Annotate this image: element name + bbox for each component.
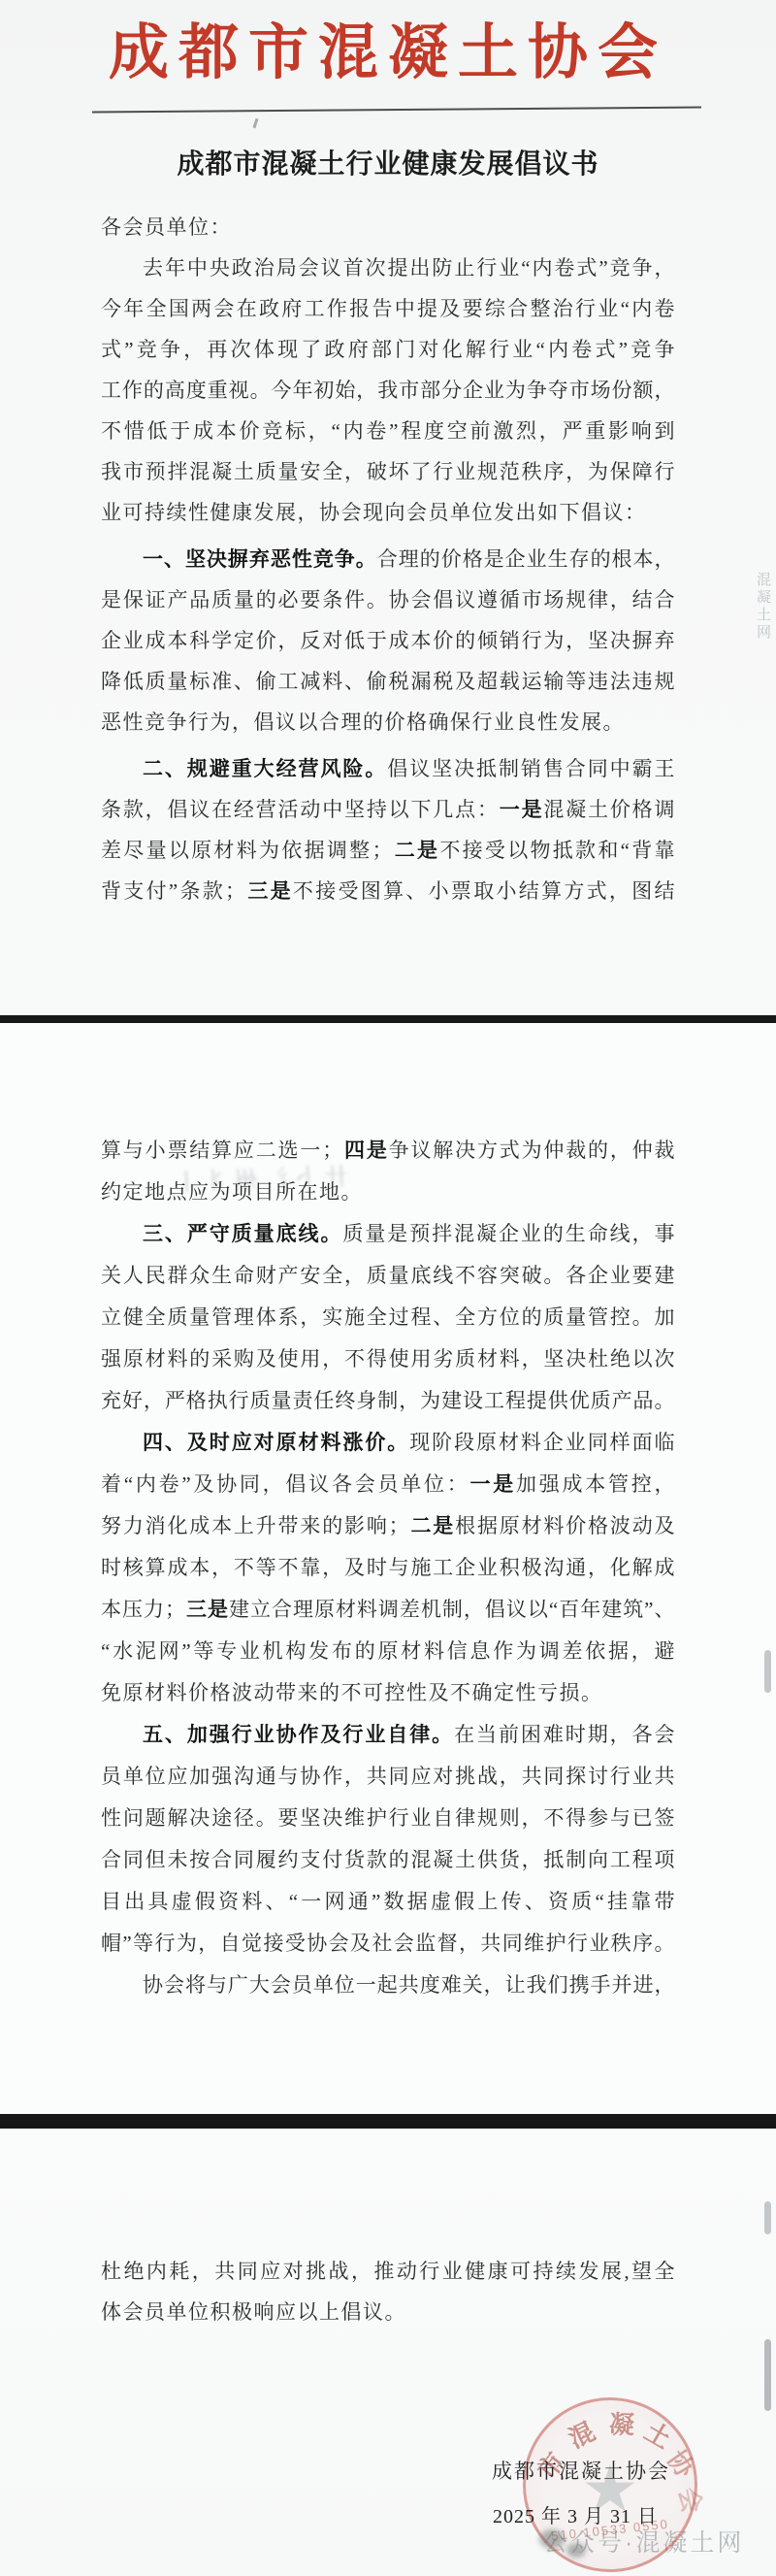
doc-line: 背支付”条款；三是不接受图算、小票取小结算方式，图结 — [101, 871, 675, 911]
doc-line: 合同但未按合同履约支付货款的混凝土供货，抵制向工程项 — [101, 1839, 675, 1881]
doc-line: 协会将与广大会员单位一起共度难关，让我们携手并进， — [101, 1965, 675, 2006]
doc-line: 差尽量以原材料为依据调整；二是不接受以物抵款和“背靠 — [101, 830, 675, 871]
doc-line-run: 充好，严格执行质量责任终身制，为建设工程提供优质产品。 — [101, 1389, 675, 1412]
ink-smudge — [539, 2529, 565, 2549]
doc-line-run: 关人民群众生命财产安全，质量底线不容突破。各企业要建 — [101, 1264, 675, 1287]
document-title: 成都市混凝土行业健康发展倡议书 — [0, 146, 776, 184]
doc-line: 二、规避重大经营风险。倡议坚决抵制销售合同中霸王 — [101, 748, 675, 789]
doc-line: 杜绝内耗，共同应对挑战，推动行业健康可持续发展,望全 — [101, 2251, 675, 2292]
signature-org: 成都市混凝土协会 — [492, 2456, 670, 2485]
doc-line-bold-run: 三、严守质量底线。 — [143, 1223, 342, 1245]
doc-line: 今年全国两会在政府工作报告中提及要综合整治行业“内卷 — [101, 288, 675, 329]
doc-line-bold-run: 四、及时应对原材料涨价。 — [143, 1432, 409, 1454]
doc-line-run: 合同但未按合同履约支付货款的混凝土供货，抵制向工程项 — [101, 1848, 675, 1871]
doc-line-run: 业可持续性健康发展，协会现向会员单位发出如下倡议： — [101, 501, 647, 524]
doc-line-run: 是保证产品质量的必要条件。协会倡议遵循市场规律，结合 — [101, 588, 675, 611]
doc-line-run: 差尽量以原材料为依据调整； — [101, 839, 393, 862]
letterhead-org-title: 成都市混凝土协会 — [0, 14, 776, 93]
doc-line-run: 目出具虚假资料、“一网通”数据虚假上传、资质“挂靠带 — [101, 1890, 675, 1913]
doc-line-run: 加强成本管控， — [516, 1472, 675, 1496]
doc-line-run: 恶性竞争行为，倡议以合理的价格确保行业良性发展。 — [101, 710, 625, 734]
doc-line-run: 式”竞争，再次体现了政府部门对化解行业“内卷式”竞争 — [101, 338, 675, 361]
doc-line-run: 不接受以物抵款和“背靠 — [439, 839, 675, 862]
doc-line: 式”竞争，再次体现了政府部门对化解行业“内卷式”竞争 — [101, 329, 675, 370]
doc-line: 算与小票结算应二选一；四是争议解决方式为仲裁的，仲裁 — [101, 1130, 675, 1172]
doc-line-run: 时核算成本，不等不靠，及时与施工企业积极沟通，化解成 — [101, 1556, 675, 1579]
doc-line-run: 免原材料价格波动带来的不可控性及不确定性亏损。 — [101, 1681, 603, 1704]
doc-line: 恶性竞争行为，倡议以合理的价格确保行业良性发展。 — [101, 702, 675, 743]
page-3-text: 杜绝内耗，共同应对挑战，推动行业健康可持续发展,望全体会员单位积极响应以上倡议。 — [101, 2251, 675, 2332]
doc-line-bold-run: 二是 — [409, 1515, 455, 1537]
doc-line-run: 算与小票结算应二选一； — [101, 1139, 343, 1162]
doc-line: 业可持续性健康发展，协会现向会员单位发出如下倡议： — [101, 492, 675, 533]
scrollbar-artifact — [764, 2339, 771, 2411]
doc-line: 本压力；三是建立合理原材料调差机制，倡议以“百年建筑”、 — [101, 1589, 675, 1631]
doc-line-run: 本压力； — [101, 1598, 185, 1621]
doc-line-run: 体会员单位积极响应以上倡议。 — [101, 2300, 406, 2324]
doc-line-run: 根据原材料价格波动及 — [455, 1514, 675, 1537]
doc-line: 约定地点应为项目所在地。 — [101, 1172, 675, 1213]
doc-line: 一、坚决摒弃恶性竞争。合理的价格是企业生存的根本， — [101, 539, 675, 579]
doc-line-bold-run: 三是 — [185, 1599, 228, 1621]
doc-line-run: 帽”等行为，自觉接受协会及社会监督，共同维护行业秩序。 — [101, 1932, 675, 1955]
doc-line: 企业成本科学定价，反对低于成本价的倾销行为，坚决摒弃 — [101, 620, 675, 661]
doc-line-run: 我市预拌混凝土质量安全，破坏了行业规范秩序，为保障行 — [101, 460, 675, 483]
doc-line: 五、加强行业协作及行业自律。在当前困难时期，各会 — [101, 1714, 675, 1756]
doc-line: 三、严守质量底线。质量是预拌混凝企业的生命线，事 — [101, 1213, 675, 1255]
separator-bar — [0, 1015, 776, 1023]
doc-line-run: 约定地点应为项目所在地。 — [101, 1180, 363, 1204]
doc-line: 充好，严格执行质量责任终身制，为建设工程提供优质产品。 — [101, 1380, 675, 1422]
scrollbar-artifact — [764, 2201, 771, 2234]
doc-line-run: 立健全质量管理体系，实施全过程、全方位的质量管控。加 — [101, 1305, 675, 1329]
separator-bar — [0, 2114, 776, 2129]
doc-line: 工作的高度重视。今年初始，我市部分企业为争夺市场份额， — [101, 370, 675, 411]
doc-line-bold-run: 一是 — [469, 1473, 516, 1496]
doc-line-run: 今年全国两会在政府工作报告中提及要综合整治行业“内卷 — [101, 297, 675, 320]
doc-line-run: 混凝土价格调 — [543, 798, 675, 821]
ink-speck — [253, 118, 259, 128]
doc-line-bold-run: 五、加强行业协作及行业自律。 — [143, 1724, 454, 1746]
doc-line: 员单位应加强沟通与协作，共同应对挑战，共同探讨行业共 — [101, 1756, 675, 1798]
doc-line-run: 员单位应加强沟通与协作，共同应对挑战，共同探讨行业共 — [101, 1765, 675, 1788]
doc-line: “水泥网”等专业机构发布的原材料信息作为调差依据，避 — [101, 1631, 675, 1672]
doc-line-run: 不惜低于成本价竞标，“内卷”程度空前激烈，严重影响到 — [101, 419, 675, 443]
document-scan: 成都市混凝土协会 成都市混凝土行业健康发展倡议书 各会员单位：去年中央政治局会议… — [0, 0, 776, 2576]
doc-line: 四、及时应对原材料涨价。现阶段原材料企业同样面临 — [101, 1422, 675, 1464]
doc-line-run: 努力消化成本上升带来的影响； — [101, 1514, 409, 1537]
doc-line: 性问题解决途径。要坚决维护行业自律规则，不得参与已签 — [101, 1798, 675, 1839]
doc-line-run: 倡议坚决抵制销售合同中霸王 — [387, 757, 675, 780]
doc-line-run: 性问题解决途径。要坚决维护行业自律规则，不得参与已签 — [101, 1806, 675, 1830]
page-2: 卄卜氵州丬丨 算与小票结算应二选一；四是争议解决方式为仲裁的，仲裁约定地点应为项… — [0, 1023, 776, 2114]
doc-line: 降低质量标准、偷工减料、偷税漏税及超载运输等违法违规 — [101, 661, 675, 702]
doc-line-bold-run: 二是 — [393, 840, 439, 862]
doc-line-run: 去年中央政治局会议首次提出防止行业“内卷式”竞争， — [143, 256, 675, 280]
doc-line-run: 不接受图算、小票取小结算方式，图结 — [293, 879, 675, 903]
doc-line-run: 强原材料的采购及使用，不得使用劣质材料，坚决杜绝以次 — [101, 1347, 675, 1371]
doc-line-bold-run: 四是 — [343, 1139, 389, 1162]
doc-line-run: 质量是预拌混凝企业的生命线，事 — [342, 1222, 675, 1245]
letterhead-rule — [92, 107, 701, 114]
doc-line-run: 各会员单位： — [101, 215, 232, 239]
doc-line-bold-run: 一是 — [500, 799, 544, 821]
doc-line-run: 争议解决方式为仲裁的，仲裁 — [389, 1139, 675, 1162]
doc-line-run: 降低质量标准、偷工减料、偷税漏税及超载运输等违法违规 — [101, 670, 675, 693]
stamp-arc-char: 凝 — [608, 2405, 634, 2442]
doc-line: 目出具虚假资料、“一网通”数据虚假上传、资质“挂靠带 — [101, 1881, 675, 1923]
doc-line-run: 合理的价格是企业生存的根本， — [377, 547, 675, 571]
stamp-arc-char: 混 — [562, 2412, 600, 2456]
page-1-text: 各会员单位：去年中央政治局会议首次提出防止行业“内卷式”竞争，今年全国两会在政府… — [101, 207, 675, 911]
doc-line: 条款，倡议在经营活动中坚持以下几点：一是混凝土价格调 — [101, 789, 675, 830]
doc-line-run: “水泥网”等专业机构发布的原材料信息作为调差依据，避 — [101, 1639, 675, 1663]
doc-line-run: 建立合理原材料调差机制，倡议以“百年建筑”、 — [229, 1598, 675, 1621]
doc-line-run: 在当前困难时期，各会 — [454, 1723, 675, 1746]
doc-line-run: 背支付”条款； — [101, 879, 246, 903]
doc-line-run: 条款，倡议在经营活动中坚持以下几点： — [101, 798, 500, 821]
doc-line: 立健全质量管理体系，实施全过程、全方位的质量管控。加 — [101, 1297, 675, 1338]
ink-smudge — [566, 2543, 586, 2558]
doc-line: 免原材料价格波动带来的不可控性及不确定性亏损。 — [101, 1672, 675, 1714]
doc-line-run: 着“内卷”及协同，倡议各会员单位： — [101, 1472, 469, 1496]
page-1: 成都市混凝土协会 成都市混凝土行业健康发展倡议书 各会员单位：去年中央政治局会议… — [0, 0, 776, 1015]
watermark-side-vertical: 混凝土网 — [753, 572, 773, 642]
doc-line: 去年中央政治局会议首次提出防止行业“内卷式”竞争， — [101, 248, 675, 288]
doc-line-run: 协会将与广大会员单位一起共度难关，让我们携手并进， — [143, 1973, 675, 1997]
doc-line: 努力消化成本上升带来的影响；二是根据原材料价格波动及 — [101, 1505, 675, 1547]
doc-line: 我市预拌混凝土质量安全，破坏了行业规范秩序，为保障行 — [101, 451, 675, 492]
doc-line: 是保证产品质量的必要条件。协会倡议遵循市场规律，结合 — [101, 579, 675, 620]
doc-line: 着“内卷”及协同，倡议各会员单位：一是加强成本管控， — [101, 1464, 675, 1505]
doc-line-bold-run: 三是 — [246, 880, 293, 903]
page-2-text: 算与小票结算应二选一；四是争议解决方式为仲裁的，仲裁约定地点应为项目所在地。三、… — [101, 1130, 675, 2006]
doc-line: 不惜低于成本价竞标，“内卷”程度空前激烈，严重影响到 — [101, 411, 675, 451]
doc-line-run: 企业成本科学定价，反对低于成本价的倾销行为，坚决摒弃 — [101, 629, 675, 652]
doc-line: 关人民群众生命财产安全，质量底线不容突破。各企业要建 — [101, 1255, 675, 1297]
doc-line: 强原材料的采购及使用，不得使用劣质材料，坚决杜绝以次 — [101, 1338, 675, 1380]
scrollbar-artifact — [764, 1650, 771, 1693]
doc-line-run: 工作的高度重视。今年初始，我市部分企业为争夺市场份额， — [101, 379, 675, 402]
doc-line: 时核算成本，不等不靠，及时与施工企业积极沟通，化解成 — [101, 1547, 675, 1589]
doc-line-run: 现阶段原材料企业同样面临 — [409, 1431, 675, 1454]
doc-line: 体会员单位积极响应以上倡议。 — [101, 2292, 675, 2332]
doc-line: 各会员单位： — [101, 207, 675, 248]
doc-line: 帽”等行为，自觉接受协会及社会监督，共同维护行业秩序。 — [101, 1923, 675, 1965]
doc-line-run: 杜绝内耗，共同应对挑战，推动行业健康可持续发展,望全 — [101, 2260, 675, 2283]
doc-line-bold-run: 一、坚决摒弃恶性竞争。 — [143, 548, 377, 571]
doc-line-bold-run: 二、规避重大经营风险。 — [143, 758, 387, 780]
signature-date: 2025 年 3 月 31 日 — [493, 2500, 658, 2528]
